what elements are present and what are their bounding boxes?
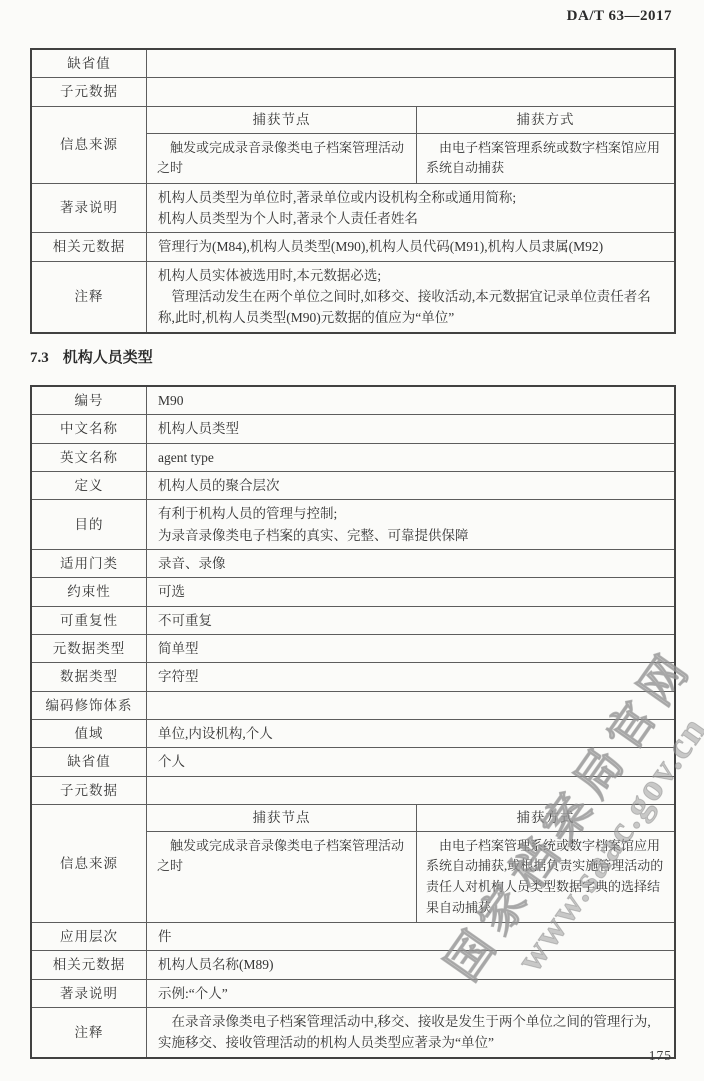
field-value: 在录音录像类电子档案管理活动中,移交、接收是发生于两个单位之间的管理行为,实施移… bbox=[147, 1008, 674, 1057]
capture-node-value: 触发或完成录音录像类电子档案管理活动之时 bbox=[147, 134, 417, 183]
document-page: DA/T 63—2017 缺省值 子元数据 信息来源 捕获节点 捕获方式 触发或… bbox=[0, 0, 704, 1081]
row-encoding-scheme: 编码修饰体系 bbox=[32, 691, 674, 719]
row-definition: 定义 机构人员的聚合层次 bbox=[32, 471, 674, 499]
field-value: 单位,内设机构,个人 bbox=[147, 720, 674, 747]
field-label: 适用门类 bbox=[32, 550, 147, 577]
field-value: 机构人员类型为单位时,著录单位或内设机构全称或通用简称; 机构人员类型为个人时,… bbox=[147, 184, 674, 233]
metadata-table-m90: 编号 M90 中文名称 机构人员类型 英文名称 agent type 定义 机构… bbox=[30, 385, 676, 1059]
field-label: 相关元数据 bbox=[32, 233, 147, 260]
field-label: 约束性 bbox=[32, 578, 147, 605]
capture-node-header: 捕获节点 bbox=[147, 805, 417, 831]
field-value bbox=[147, 692, 674, 719]
row-related-metadata: 相关元数据 机构人员名称(M89) bbox=[32, 950, 674, 978]
row-chinese-name: 中文名称 机构人员类型 bbox=[32, 414, 674, 442]
info-source-header-row: 捕获节点 捕获方式 bbox=[147, 107, 674, 134]
row-constraint: 约束性 可选 bbox=[32, 577, 674, 605]
row-number: 编号 M90 bbox=[32, 387, 674, 414]
section-title: 机构人员类型 bbox=[63, 350, 153, 366]
field-label: 目的 bbox=[32, 500, 147, 549]
capture-mode-value: 由电子档案管理系统或数字档案馆应用系统自动捕获,或根据负责实施管理活动的责任人对… bbox=[417, 832, 674, 922]
row-data-type: 数据类型 字符型 bbox=[32, 662, 674, 690]
field-label: 编码修饰体系 bbox=[32, 692, 147, 719]
row-annotation: 注释 在录音录像类电子档案管理活动中,移交、接收是发生于两个单位之间的管理行为,… bbox=[32, 1007, 674, 1057]
field-value: M90 bbox=[147, 387, 674, 414]
field-value: 有利于机构人员的管理与控制; 为录音录像类电子档案的真实、完整、可靠提供保障 bbox=[147, 500, 674, 549]
field-value: 可选 bbox=[147, 578, 674, 605]
field-value: 不可重复 bbox=[147, 607, 674, 634]
field-label: 编号 bbox=[32, 387, 147, 414]
field-value: 字符型 bbox=[147, 663, 674, 690]
row-purpose: 目的 有利于机构人员的管理与控制; 为录音录像类电子档案的真实、完整、可靠提供保… bbox=[32, 499, 674, 549]
row-description-notes: 著录说明 机构人员类型为单位时,著录单位或内设机构全称或通用简称; 机构人员类型… bbox=[32, 183, 674, 233]
info-source-subtable: 捕获节点 捕获方式 触发或完成录音录像类电子档案管理活动之时 由电子档案管理系统… bbox=[147, 107, 674, 183]
field-value: 机构人员类型 bbox=[147, 415, 674, 442]
field-label: 注释 bbox=[32, 262, 147, 332]
field-label: 子元数据 bbox=[32, 78, 147, 105]
field-label: 著录说明 bbox=[32, 184, 147, 233]
capture-mode-value: 由电子档案管理系统或数字档案馆应用系统自动捕获 bbox=[417, 134, 674, 183]
field-label: 注释 bbox=[32, 1008, 147, 1057]
row-repeatability: 可重复性 不可重复 bbox=[32, 606, 674, 634]
field-value: 示例:“个人” bbox=[147, 980, 674, 1007]
row-english-name: 英文名称 agent type bbox=[32, 443, 674, 471]
field-value: 件 bbox=[147, 923, 674, 950]
row-metadata-type: 元数据类型 简单型 bbox=[32, 634, 674, 662]
info-source-subtable: 捕获节点 捕获方式 触发或完成录音录像类电子档案管理活动之时 由电子档案管理系统… bbox=[147, 805, 674, 922]
field-label: 数据类型 bbox=[32, 663, 147, 690]
section-number: 7.3 bbox=[30, 350, 49, 366]
info-source-body-row: 触发或完成录音录像类电子档案管理活动之时 由电子档案管理系统或数字档案馆应用系统… bbox=[147, 832, 674, 922]
row-info-source: 信息来源 捕获节点 捕获方式 触发或完成录音录像类电子档案管理活动之时 由电子档… bbox=[32, 106, 674, 183]
row-sub-metadata: 子元数据 bbox=[32, 77, 674, 105]
field-value: 机构人员的聚合层次 bbox=[147, 472, 674, 499]
row-applicable-categories: 适用门类 录音、录像 bbox=[32, 549, 674, 577]
field-label: 元数据类型 bbox=[32, 635, 147, 662]
field-label: 应用层次 bbox=[32, 923, 147, 950]
field-label: 值域 bbox=[32, 720, 147, 747]
section-heading: 7.3机构人员类型 bbox=[30, 346, 153, 367]
field-label: 定义 bbox=[32, 472, 147, 499]
row-value-domain: 值域 单位,内设机构,个人 bbox=[32, 719, 674, 747]
row-default-value: 缺省值 个人 bbox=[32, 747, 674, 775]
doc-code: DA/T 63—2017 bbox=[567, 8, 672, 25]
field-label: 信息来源 bbox=[32, 805, 147, 922]
row-info-source: 信息来源 捕获节点 捕获方式 触发或完成录音录像类电子档案管理活动之时 由电子档… bbox=[32, 804, 674, 922]
field-value bbox=[147, 78, 674, 105]
row-sub-metadata: 子元数据 bbox=[32, 776, 674, 804]
page-number: 175 bbox=[649, 1048, 672, 1064]
metadata-table-m89-continued: 缺省值 子元数据 信息来源 捕获节点 捕获方式 触发或完成录音录像类电子档案管理… bbox=[30, 48, 676, 334]
capture-mode-header: 捕获方式 bbox=[417, 107, 674, 133]
field-value: 管理行为(M84),机构人员类型(M90),机构人员代码(M91),机构人员隶属… bbox=[147, 233, 674, 260]
field-value bbox=[147, 50, 674, 77]
field-value: 个人 bbox=[147, 748, 674, 775]
row-default-value: 缺省值 bbox=[32, 50, 674, 77]
field-label: 子元数据 bbox=[32, 777, 147, 804]
field-value: agent type bbox=[147, 444, 674, 471]
field-label: 缺省值 bbox=[32, 748, 147, 775]
row-description-notes: 著录说明 示例:“个人” bbox=[32, 979, 674, 1007]
field-label: 中文名称 bbox=[32, 415, 147, 442]
capture-mode-header: 捕获方式 bbox=[417, 805, 674, 831]
capture-node-header: 捕获节点 bbox=[147, 107, 417, 133]
field-value: 录音、录像 bbox=[147, 550, 674, 577]
field-value: 机构人员实体被选用时,本元数据必选; 管理活动发生在两个单位之间时,如移交、接收… bbox=[147, 262, 674, 332]
field-label: 可重复性 bbox=[32, 607, 147, 634]
row-annotation: 注释 机构人员实体被选用时,本元数据必选; 管理活动发生在两个单位之间时,如移交… bbox=[32, 261, 674, 332]
field-value: 机构人员名称(M89) bbox=[147, 951, 674, 978]
field-label: 相关元数据 bbox=[32, 951, 147, 978]
field-label: 著录说明 bbox=[32, 980, 147, 1007]
capture-node-value: 触发或完成录音录像类电子档案管理活动之时 bbox=[147, 832, 417, 922]
row-application-level: 应用层次 件 bbox=[32, 922, 674, 950]
row-related-metadata: 相关元数据 管理行为(M84),机构人员类型(M90),机构人员代码(M91),… bbox=[32, 232, 674, 260]
field-label: 信息来源 bbox=[32, 107, 147, 183]
info-source-body-row: 触发或完成录音录像类电子档案管理活动之时 由电子档案管理系统或数字档案馆应用系统… bbox=[147, 134, 674, 183]
field-value bbox=[147, 777, 674, 804]
info-source-header-row: 捕获节点 捕获方式 bbox=[147, 805, 674, 832]
field-label: 缺省值 bbox=[32, 50, 147, 77]
field-value: 简单型 bbox=[147, 635, 674, 662]
field-label: 英文名称 bbox=[32, 444, 147, 471]
